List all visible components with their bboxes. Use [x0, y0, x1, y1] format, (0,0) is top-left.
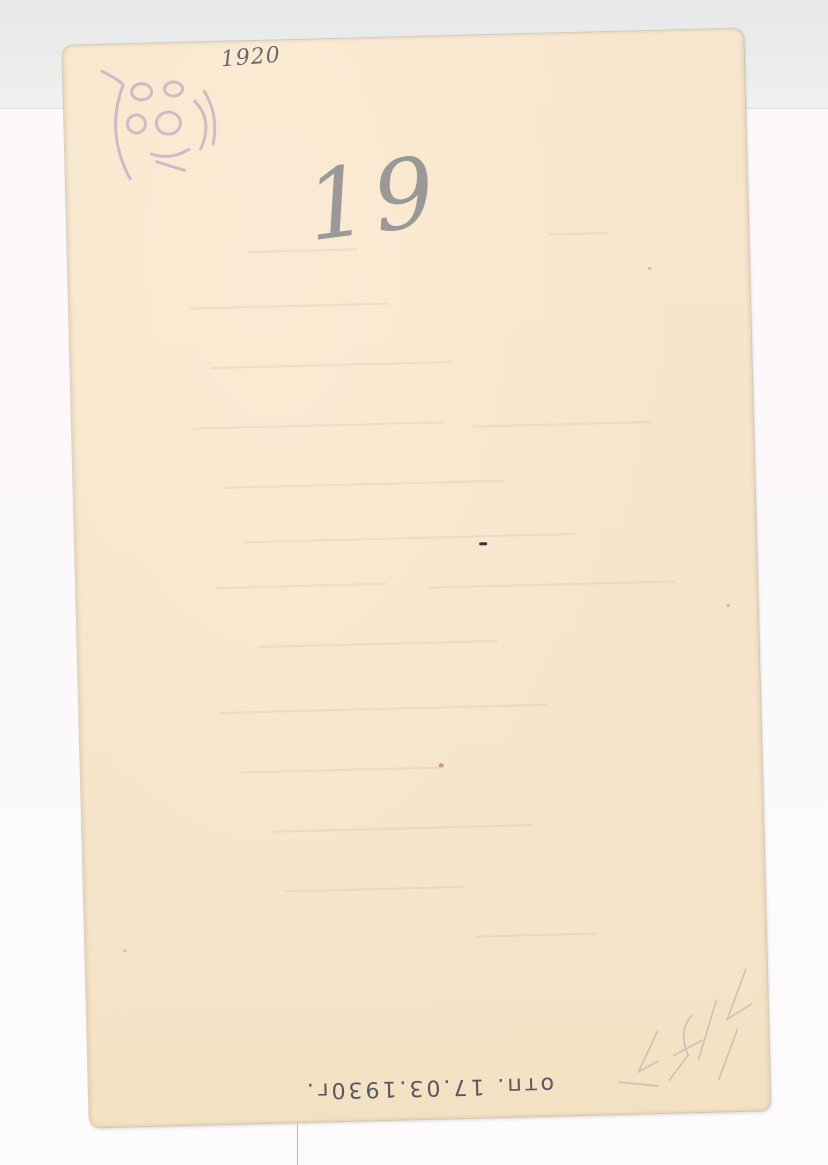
year-note: 1920 [220, 43, 282, 73]
pencil-dot [727, 604, 730, 607]
pencil-scribble-icon [596, 958, 769, 1102]
pencil-mark [123, 949, 126, 952]
faint-show-through-writing [127, 230, 725, 964]
ink-stamp-icon [93, 59, 246, 188]
archival-card: 1920 19 отп. 17.03.1930г. [62, 29, 770, 1128]
red-guide-line [297, 1124, 298, 1165]
print-date-note: отп. 17.03.1930г. [304, 1072, 555, 1103]
ink-speck [479, 542, 487, 545]
pencil-dot [648, 267, 651, 270]
